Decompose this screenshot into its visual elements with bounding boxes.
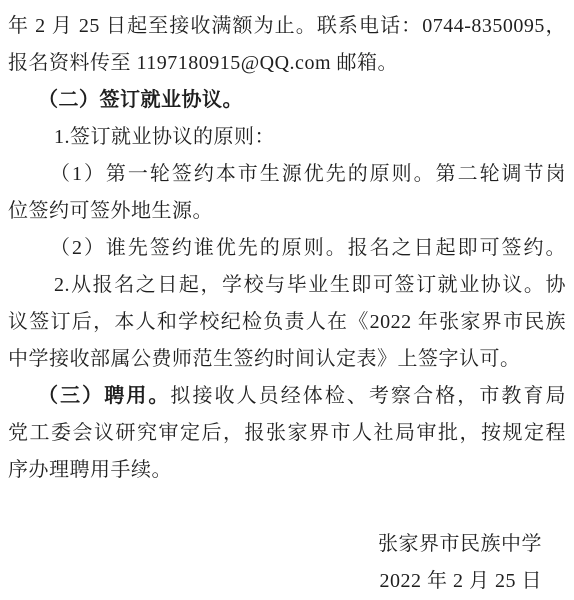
text-line: 年 2 月 25 日起至接收满额为止。联系电话：0744-8350095， [8,8,566,45]
text-line: （2）谁先签约谁优先的原则。报名之日起即可签约。 [8,230,566,267]
text-line: 序办理聘用手续。 [8,452,566,489]
section-heading-line: （二）签订就业协议。 [8,82,566,119]
signature-block: 张家界市民族中学 2022 年 2 月 25 日 [8,526,566,600]
text-line: 中学接收部属公费师范生签约时间认定表》上签字认可。 [8,341,566,378]
bold-heading: （二）签订就业协议。 [38,89,243,111]
document-page: 年 2 月 25 日起至接收满额为止。联系电话：0744-8350095，报名资… [0,0,574,600]
section-heading-line: （三）聘用。拟接收人员经体检、考察合格，市教育局 [8,378,566,415]
signature-org: 张家界市民族中学 [8,526,566,563]
text-line: 报名资料传至 1197180915@QQ.com 邮箱。 [8,45,566,82]
document-body: 年 2 月 25 日起至接收满额为止。联系电话：0744-8350095，报名资… [8,8,566,489]
signature-date: 2022 年 2 月 25 日 [8,563,566,600]
text-line: 1.签订就业协议的原则： [8,119,566,156]
bold-heading: （三）聘用。 [38,385,170,407]
text-line: 位签约可签外地生源。 [8,193,566,230]
text-line: 党工委会议研究审定后，报张家界市人社局审批，按规定程 [8,415,566,452]
text-line: 2.从报名之日起，学校与毕业生即可签订就业协议。协 [8,267,566,304]
text-line: 议签订后，本人和学校纪检负责人在《2022 年张家界市民族 [8,304,566,341]
text-line: （1）第一轮签约本市生源优先的原则。第二轮调节岗 [8,156,566,193]
